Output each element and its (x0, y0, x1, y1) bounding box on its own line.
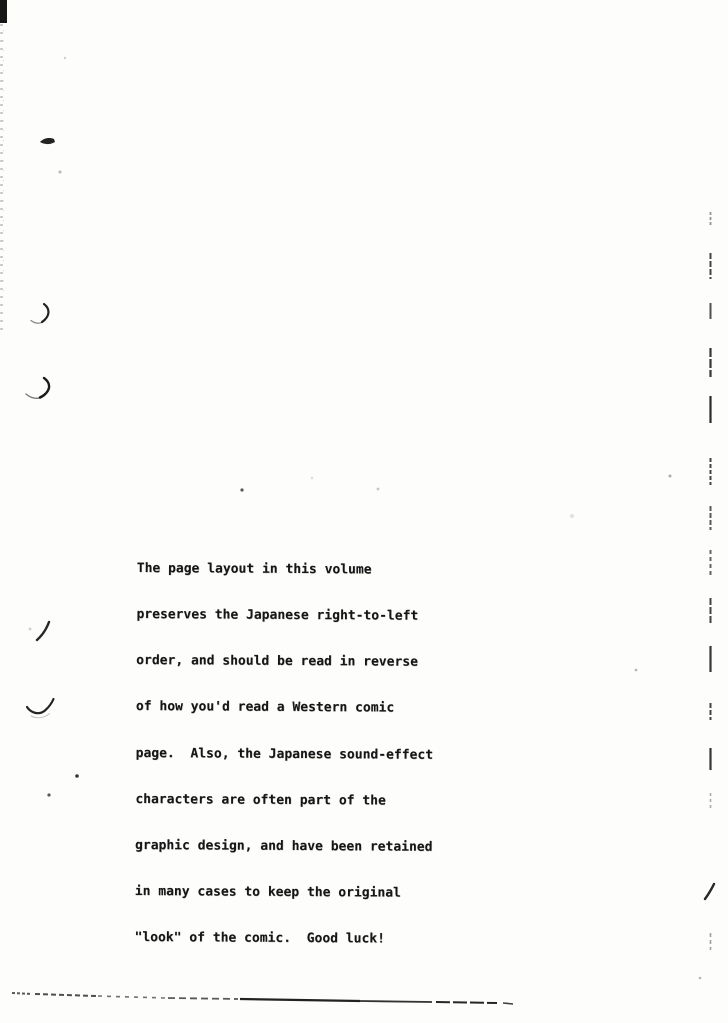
stray-speck (669, 475, 672, 478)
pen-mark-paren-2 (40, 378, 49, 398)
pen-mark-paren-1 (42, 304, 48, 322)
pen-mark-slash (37, 622, 49, 640)
pen-mark-arrow (40, 138, 55, 144)
stray-speck (377, 488, 380, 491)
note-line: in many cases to keep the original (135, 884, 433, 901)
stray-speck (64, 57, 66, 59)
bottom-rule-segment (98, 996, 165, 998)
bottom-rule-segment (240, 999, 360, 1001)
stray-speck (240, 488, 243, 491)
scan-corner-bar (0, 0, 7, 23)
bottom-rule-segment (168, 998, 238, 999)
note-line: of how you'd read a Western comic (136, 699, 434, 716)
stray-speck (75, 774, 79, 778)
stray-speck (29, 628, 32, 631)
bottom-rule-segment (360, 1001, 432, 1002)
note-line: order, and should be read in reverse (136, 653, 434, 670)
pen-mark-swoosh (27, 699, 54, 713)
stray-speck (59, 171, 62, 174)
note-line: characters are often part of the (135, 792, 433, 809)
bottom-rule-segment (12, 993, 32, 994)
note-line: graphic design, and have been retained (135, 838, 433, 855)
stray-speck (699, 977, 702, 980)
pen-mark-paren-2-tail (26, 394, 46, 398)
stray-speck (635, 669, 638, 672)
bottom-rule-segment (436, 1002, 497, 1003)
bottom-rule-segment (503, 1003, 513, 1004)
pen-mark-paren-1-tail (31, 320, 46, 324)
scanned-page: The page layout in this volume preserves… (0, 0, 728, 1023)
bottom-rule-segment (35, 994, 96, 996)
pen-mark-swoosh-echo (31, 714, 50, 718)
note-line: "look" of the comic. Good luck! (134, 930, 432, 947)
stray-speck (570, 514, 574, 518)
stray-speck (311, 477, 314, 480)
stray-speck (47, 793, 50, 796)
note-line: page. Also, the Japanese sound-effect (136, 746, 434, 763)
right-edge-dash-curved (705, 884, 714, 899)
note-line: The page layout in this volume (137, 561, 435, 578)
note-line: preserves the Japanese right-to-left (136, 607, 434, 624)
translation-note: The page layout in this volume preserves… (134, 530, 434, 978)
